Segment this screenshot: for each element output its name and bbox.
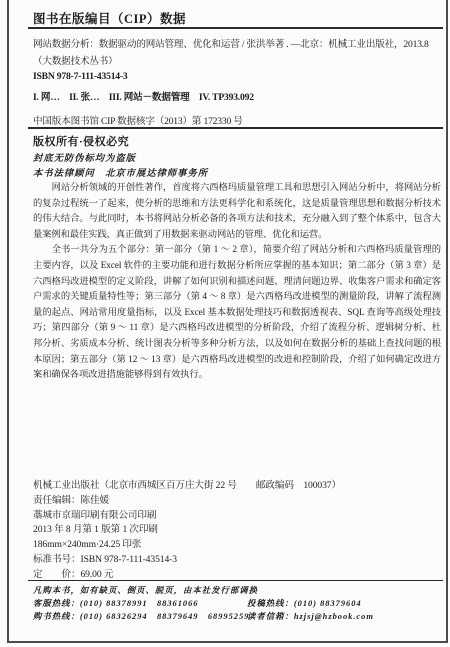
service-hotline: 客服热线：(010) 88378991 88361066 [33, 599, 198, 608]
editor-line: 责任编辑：陈佳媛 [33, 494, 441, 509]
format-line: 186mm×240mm·24.25 印张 [33, 538, 441, 553]
description-paragraph-1: 网站分析领域的开创性著作，首度将六西格玛质量管理工具和思想引入网站分析中，将网站… [33, 181, 441, 243]
edition-line: 2013 年 8 月第 1 版第 1 次印刷 [33, 523, 441, 538]
cip-series-line: （大数据技术丛书） [33, 53, 441, 67]
anti-piracy-line: 封底无防伪标均为盗版 [33, 150, 441, 164]
exchange-line: 凡购本书，如有缺页、倒页、脱页，由本社发行部调换 [33, 584, 441, 597]
description-paragraph-2: 全书一共分为五个部分：第一部分（第 1 ～ 2 章），简要介绍了网站分析和六西格… [33, 243, 441, 383]
cip-title-line: 网站数据分析：数据驱动的网站管理、优化和运营 / 张洪举著 . —北京：机械工业… [33, 36, 441, 50]
legal-advisor-line: 本书法律顾问 北京市展达律师事务所 [33, 165, 441, 179]
footer-contact-block: 凡购本书，如有缺页、倒页、脱页，由本社发行部调换 客服热线：(010) 8837… [33, 584, 441, 623]
colophon-block: 机械工业出版社（北京市西城区百万庄大街 22 号 邮政编码 100037） 责任… [33, 479, 441, 583]
cip-registry-line: 中国版本图书馆 CIP 数据核字（2013）第 172330 号 [33, 113, 441, 127]
header-rule [28, 27, 443, 29]
printer-line: 藁城市京瑞印刷有限公司印刷 [33, 509, 441, 524]
hotline-row-2: 购书热线：(010) 68326294 88379649 68995259 读者… [33, 610, 441, 623]
copyright-notice: 版权所有·侵权必究 [33, 133, 441, 149]
cip-header: 图书在版编目（CIP）数据 [33, 9, 441, 27]
cip-classification-line: I. 网… II. 张… III. 网站－数据管理 IV. TP393.092 [33, 89, 441, 103]
book-description: 网站分析领域的开创性著作，首度将六西格玛质量管理工具和思想引入网站分析中，将网站… [33, 181, 441, 384]
copyright-rule [28, 127, 443, 129]
isbn-line: 标准书号：ISBN 978-7-111-43514-3 [33, 553, 441, 568]
cip-isbn-line: ISBN 978-7-111-43514-3 [33, 71, 441, 82]
purchase-hotline: 购书热线：(010) 68326294 88379649 68995259 [33, 612, 249, 621]
publisher-line: 机械工业出版社（北京市西城区百万庄大街 22 号 邮政编码 100037） [33, 479, 441, 494]
book-copyright-page: 图书在版编目（CIP）数据 网站数据分析：数据驱动的网站管理、优化和运营 / 张… [0, 0, 450, 647]
hotline-row-1: 客服热线：(010) 88378991 88361066 投稿热线：(010) … [33, 597, 441, 610]
submission-hotline: 投稿热线：(010) 88379604 [247, 597, 362, 610]
footer-rule [28, 580, 443, 581]
reader-mailbox: 读者信箱：hzjsj@hzbook.com [247, 610, 374, 623]
